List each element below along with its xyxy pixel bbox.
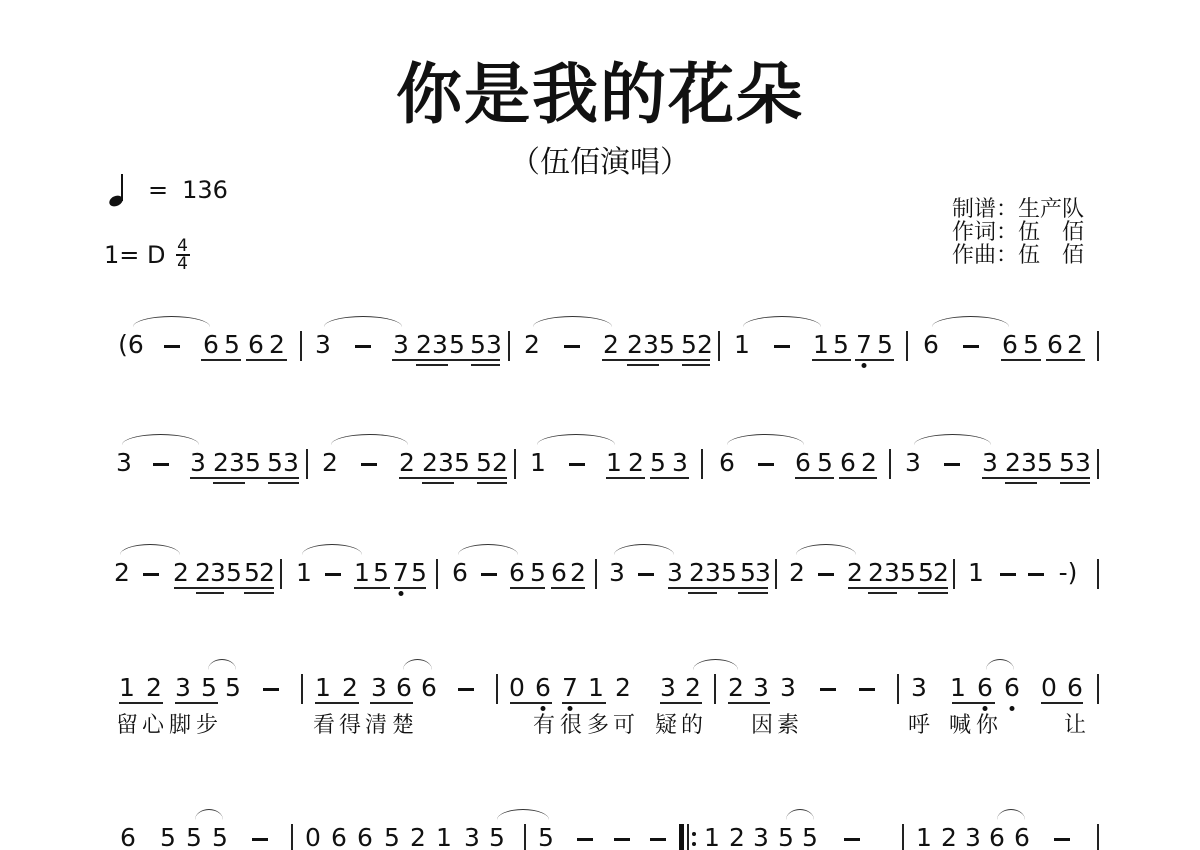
- beam-underline: [246, 359, 287, 361]
- beam-underline: [174, 587, 274, 589]
- note: 6: [719, 450, 735, 475]
- note: 3: [438, 450, 454, 475]
- note: 1: [119, 675, 135, 700]
- barline: [775, 559, 777, 589]
- note: 7: [856, 332, 872, 357]
- note: 5: [833, 332, 849, 357]
- sustain-dash: [859, 688, 875, 691]
- note: 5: [817, 450, 833, 475]
- barline: [906, 331, 908, 361]
- lyric-char: 得: [339, 715, 361, 737]
- note: 5: [802, 825, 818, 850]
- beam-underline: [119, 702, 163, 704]
- note: 1: [315, 675, 331, 700]
- barline: [1097, 449, 1099, 479]
- note: 2: [628, 450, 644, 475]
- note: 2: [627, 332, 643, 357]
- barline: [701, 449, 703, 479]
- time-top: 4: [177, 238, 188, 254]
- note: 6: [1047, 332, 1063, 357]
- beam-underline: [551, 587, 585, 589]
- note: 5: [1037, 450, 1053, 475]
- beam-underline: [213, 482, 245, 484]
- note: 5: [212, 825, 228, 850]
- slur-tie: [614, 544, 674, 555]
- octave-dot-below: [983, 706, 988, 711]
- sustain-dash: [458, 688, 474, 691]
- lyric-char: 喊: [949, 715, 971, 737]
- note: 2: [868, 560, 884, 585]
- note: 3: [672, 450, 688, 475]
- sustain-dash: [143, 573, 159, 576]
- sustain-dash: [355, 345, 371, 348]
- slur-tie: [120, 544, 180, 555]
- song-title: 你是我的花朵: [0, 62, 1200, 128]
- note: 6: [989, 825, 1005, 850]
- lyric-char: 留: [116, 715, 138, 737]
- lyric-char: 楚: [392, 715, 414, 737]
- slur-tie: [997, 809, 1025, 820]
- slur-tie: [533, 316, 612, 327]
- sustain-dash: [774, 345, 790, 348]
- note: 5: [201, 675, 217, 700]
- note: 5: [373, 560, 389, 585]
- note: 6: [248, 332, 264, 357]
- sustain-dash: [1000, 573, 1016, 576]
- note: 5: [449, 332, 465, 357]
- time-signature: 4 4: [176, 238, 190, 272]
- quarter-note-icon: [108, 172, 134, 208]
- note: 3: [753, 675, 769, 700]
- note: 2: [146, 675, 162, 700]
- note: 5: [160, 825, 176, 850]
- sustain-dash: [650, 838, 666, 841]
- note: 3: [486, 332, 502, 357]
- sustain-dash: [153, 463, 169, 466]
- lyric-char: 你: [976, 715, 998, 737]
- credit-value: 伍 佰: [1018, 244, 1084, 267]
- beam-underline: [868, 592, 897, 594]
- barline: [1097, 559, 1099, 589]
- sustain-dash: [252, 838, 268, 841]
- note: 1: [704, 825, 720, 850]
- note: 6: [396, 675, 412, 700]
- note: 2: [941, 825, 957, 850]
- note: 1: [968, 560, 984, 585]
- lyric-char: 让: [1064, 715, 1086, 737]
- lyric-char: 很: [560, 715, 582, 737]
- beam-underline: [738, 592, 768, 594]
- beam-underline: [1001, 359, 1041, 361]
- note: 1: [916, 825, 932, 850]
- sustain-dash: [564, 345, 580, 348]
- beam-underline: [602, 359, 710, 361]
- beam-underline: [688, 592, 717, 594]
- note: 5: [877, 332, 893, 357]
- credits: 制谱：生产队 作词：伍 佰 作曲：伍 佰: [952, 198, 1084, 267]
- barline: [301, 674, 303, 704]
- beam-underline: [244, 592, 274, 594]
- note: 5: [267, 450, 283, 475]
- note: 5: [245, 450, 261, 475]
- note: 1: [606, 450, 622, 475]
- tempo-bpm: 136: [182, 176, 228, 204]
- note: 3: [371, 675, 387, 700]
- note: 2: [269, 332, 285, 357]
- note: 5: [476, 450, 492, 475]
- note: 6: [203, 332, 219, 357]
- octave-dot-below: [1010, 706, 1015, 711]
- beam-underline: [190, 477, 299, 479]
- beam-underline: [918, 592, 948, 594]
- barline: [300, 331, 302, 361]
- lyric-char: 疑: [655, 715, 677, 737]
- sustain-dash: [818, 573, 834, 576]
- note: 3: [1021, 450, 1037, 475]
- beam-underline: [471, 364, 500, 366]
- note: 5: [650, 450, 666, 475]
- note: 1: [588, 675, 604, 700]
- note: 3: [283, 450, 299, 475]
- note: 2: [524, 332, 540, 357]
- note: 6: [357, 825, 373, 850]
- note: 2: [861, 450, 877, 475]
- repeat-dot: [692, 832, 696, 836]
- beam-underline: [315, 702, 359, 704]
- note: 5: [778, 825, 794, 850]
- credit-label: 作曲：: [952, 244, 1018, 267]
- barline: [436, 559, 438, 589]
- note: 2: [195, 560, 211, 585]
- octave-dot-below: [541, 706, 546, 711]
- note: 2: [259, 560, 275, 585]
- credit-arranger: 制谱：生产队: [952, 198, 1084, 221]
- beam-underline: [682, 364, 710, 366]
- note: 2: [685, 675, 701, 700]
- barline: [902, 824, 904, 850]
- beam-underline: [1005, 482, 1037, 484]
- note: 2: [422, 450, 438, 475]
- credit-lyricist: 作词：伍 佰: [952, 221, 1084, 244]
- note: 2: [492, 450, 508, 475]
- beam-underline: [422, 482, 454, 484]
- note: 3: [965, 825, 981, 850]
- note: 6: [421, 675, 437, 700]
- repeat-start-thick-bar: [679, 824, 684, 850]
- note: 2: [1005, 450, 1021, 475]
- note: 3: [705, 560, 721, 585]
- credit-value: 伍 佰: [1018, 221, 1084, 244]
- lyric-char: 有: [533, 715, 555, 737]
- beam-underline: [175, 702, 218, 704]
- barline: [514, 449, 516, 479]
- slur-tie: [331, 434, 408, 445]
- note: 6: [923, 332, 939, 357]
- beam-underline: [1041, 702, 1083, 704]
- note: 2: [410, 825, 426, 850]
- note: 2: [322, 450, 338, 475]
- note: 3: [229, 450, 245, 475]
- barline: [524, 824, 526, 850]
- note: 3: [660, 675, 676, 700]
- note: 5: [1023, 332, 1039, 357]
- credit-value: 生产队: [1018, 198, 1084, 221]
- note: 7: [562, 675, 578, 700]
- beam-underline: [1046, 359, 1085, 361]
- sustain-dash: [361, 463, 377, 466]
- note: 5: [489, 825, 505, 850]
- beam-underline: [416, 364, 448, 366]
- slur-tie: [195, 809, 223, 820]
- slur-tie: [324, 316, 402, 327]
- note: 3: [432, 332, 448, 357]
- note: 5: [384, 825, 400, 850]
- note: 5: [918, 560, 934, 585]
- beam-underline: [201, 359, 241, 361]
- note: 5: [740, 560, 756, 585]
- note: 3: [464, 825, 480, 850]
- note: 3: [755, 560, 771, 585]
- note: 5: [225, 675, 241, 700]
- note: 1: [530, 450, 546, 475]
- note: 5: [1059, 450, 1075, 475]
- slur-tie: [796, 544, 856, 555]
- note: 2: [615, 675, 631, 700]
- repeat-start-thin-bar: [687, 824, 689, 850]
- note: 5: [530, 560, 546, 585]
- barline: [714, 674, 716, 704]
- note: 5: [681, 332, 697, 357]
- beam-underline: [510, 587, 545, 589]
- slur-tie: [693, 659, 738, 670]
- beam-underline: [660, 702, 702, 704]
- note: 2: [789, 560, 805, 585]
- note: 2: [114, 560, 130, 585]
- credit-composer: 作曲：伍 佰: [952, 244, 1084, 267]
- sustain-dash: [758, 463, 774, 466]
- note: 1: [734, 332, 750, 357]
- barline: [496, 674, 498, 704]
- lyric-char: 素: [777, 715, 799, 737]
- note: 6: [1067, 675, 1083, 700]
- note: 1: [296, 560, 312, 585]
- note: 6: [795, 450, 811, 475]
- slur-tie: [403, 659, 432, 670]
- note: 5: [470, 332, 486, 357]
- lyric-char: 看: [313, 715, 335, 737]
- barline: [953, 559, 955, 589]
- note: (6: [118, 332, 144, 357]
- beam-underline: [477, 482, 507, 484]
- beam-underline: [952, 702, 995, 704]
- note: 5: [659, 332, 675, 357]
- barline: [595, 559, 597, 589]
- barline: [306, 449, 308, 479]
- sustain-dash: [1028, 573, 1044, 576]
- note: 6: [452, 560, 468, 585]
- slur-tie: [986, 659, 1014, 670]
- note: 0: [305, 825, 321, 850]
- note: 5: [411, 560, 427, 585]
- barline: [897, 674, 899, 704]
- sustain-dash: [325, 573, 341, 576]
- beam-underline: [812, 359, 851, 361]
- note: 3: [175, 675, 191, 700]
- note: 6: [1014, 825, 1030, 850]
- note: 0: [1041, 675, 1057, 700]
- beam-underline: [562, 702, 606, 704]
- note: 1: [354, 560, 370, 585]
- barline: [889, 449, 891, 479]
- note: 3: [643, 332, 659, 357]
- note: 3: [753, 825, 769, 850]
- lyric-char: 脚: [169, 715, 191, 737]
- note: 3: [911, 675, 927, 700]
- beam-underline: [370, 702, 413, 704]
- note: 3: [393, 332, 409, 357]
- lyric-char: 步: [196, 715, 218, 737]
- slur-tie: [727, 434, 804, 445]
- note: 6: [1002, 332, 1018, 357]
- beam-underline: [510, 702, 552, 704]
- note: 6: [331, 825, 347, 850]
- time-bottom: 4: [177, 256, 188, 272]
- beam-underline: [795, 477, 834, 479]
- note: 6: [551, 560, 567, 585]
- tempo-marking: = 136: [108, 172, 228, 208]
- note: 3: [905, 450, 921, 475]
- beam-underline: [1060, 482, 1090, 484]
- lyric-char: 的: [681, 715, 703, 737]
- sustain-dash: [614, 838, 630, 841]
- beam-underline: [606, 477, 645, 479]
- note: -): [1059, 560, 1078, 585]
- note: 2: [1067, 332, 1083, 357]
- note: 6: [120, 825, 136, 850]
- beam-underline: [650, 477, 689, 479]
- note: 3: [609, 560, 625, 585]
- sustain-dash: [944, 463, 960, 466]
- note: 5: [538, 825, 554, 850]
- slur-tie: [302, 544, 362, 555]
- note: 3: [315, 332, 331, 357]
- lyric-char: 心: [142, 715, 164, 737]
- octave-dot-below: [399, 591, 404, 596]
- sustain-dash: [577, 838, 593, 841]
- sustain-dash: [1054, 838, 1070, 841]
- slur-tie: [208, 659, 236, 670]
- note: 3: [982, 450, 998, 475]
- lyric-char: 多: [587, 715, 609, 737]
- note: 5: [454, 450, 470, 475]
- note: 1: [813, 332, 829, 357]
- octave-dot-below: [568, 706, 573, 711]
- key-label: 1= D: [104, 241, 166, 269]
- sustain-dash: [481, 573, 497, 576]
- repeat-dot: [692, 842, 696, 846]
- beam-underline: [668, 587, 768, 589]
- beam-underline: [848, 587, 948, 589]
- key-signature: 1= D 4 4: [104, 238, 190, 272]
- note: 3: [190, 450, 206, 475]
- lyric-char: 呼: [908, 715, 930, 737]
- note: 2: [729, 825, 745, 850]
- beam-underline: [268, 482, 299, 484]
- beam-underline: [196, 592, 224, 594]
- octave-dot-below: [862, 363, 867, 368]
- note: 2: [213, 450, 229, 475]
- note: 2: [697, 332, 713, 357]
- sustain-dash: [263, 688, 279, 691]
- sustain-dash: [638, 573, 654, 576]
- sustain-dash: [164, 345, 180, 348]
- sustain-dash: [569, 463, 585, 466]
- beam-underline: [394, 587, 426, 589]
- slur-tie: [537, 434, 615, 445]
- note: 3: [210, 560, 226, 585]
- barline: [291, 824, 293, 850]
- tempo-equals: =: [148, 176, 168, 204]
- note: 2: [933, 560, 949, 585]
- slur-tie: [914, 434, 991, 445]
- barline: [1097, 331, 1099, 361]
- beam-underline: [839, 477, 877, 479]
- note: 2: [847, 560, 863, 585]
- slur-tie: [786, 809, 814, 820]
- note: 2: [570, 560, 586, 585]
- barline: [508, 331, 510, 361]
- note: 2: [173, 560, 189, 585]
- note: 5: [186, 825, 202, 850]
- lyric-char: 可: [613, 715, 635, 737]
- credit-label: 作词：: [952, 221, 1018, 244]
- beam-underline: [855, 359, 894, 361]
- beam-underline: [728, 702, 770, 704]
- note: 0: [509, 675, 525, 700]
- slur-tie: [133, 316, 210, 327]
- note: 2: [342, 675, 358, 700]
- note: 3: [667, 560, 683, 585]
- note: 2: [603, 332, 619, 357]
- note: 6: [509, 560, 525, 585]
- note: 5: [226, 560, 242, 585]
- note: 3: [116, 450, 132, 475]
- credit-label: 制谱：: [952, 198, 1018, 221]
- sustain-dash: [820, 688, 836, 691]
- note: 3: [780, 675, 796, 700]
- note: 3: [884, 560, 900, 585]
- slur-tie: [458, 544, 518, 555]
- slur-tie: [743, 316, 821, 327]
- barline: [1097, 824, 1099, 850]
- note: 2: [416, 332, 432, 357]
- slur-tie: [497, 809, 549, 820]
- note: 6: [977, 675, 993, 700]
- barline: [1097, 674, 1099, 704]
- note: 2: [399, 450, 415, 475]
- note: 3: [1075, 450, 1091, 475]
- sustain-dash: [844, 838, 860, 841]
- beam-underline: [399, 477, 507, 479]
- slur-tie: [122, 434, 199, 445]
- note: 5: [224, 332, 240, 357]
- note: 2: [728, 675, 744, 700]
- beam-underline: [627, 364, 659, 366]
- note: 7: [393, 560, 409, 585]
- lyric-char: 清: [365, 715, 387, 737]
- note: 2: [689, 560, 705, 585]
- beam-underline: [982, 477, 1090, 479]
